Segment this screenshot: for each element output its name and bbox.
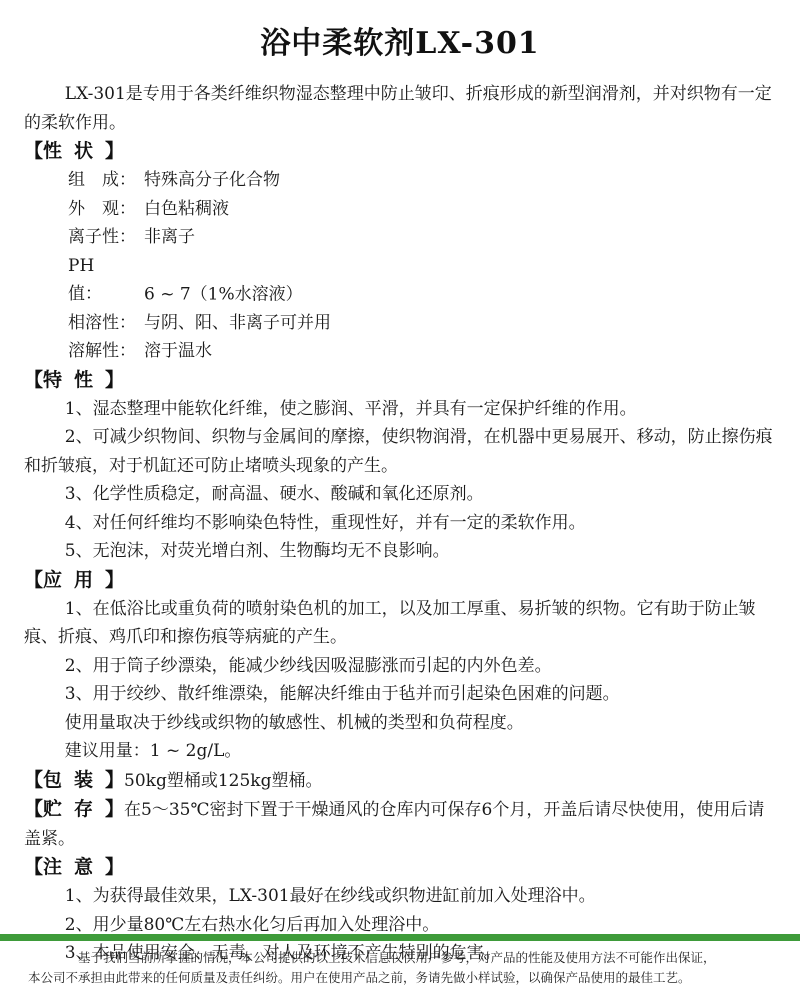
storage-section: 【贮存】在5～35℃密封下置于干燥通风的仓库内可保存6个月，开盖后请尽快使用，使… bbox=[24, 795, 774, 853]
document-body: LX-301是专用于各类纤维织物湿态整理中防止皱印、折痕形成的新型润滑剂，并对织… bbox=[24, 80, 774, 968]
section-heading-application: 【应用】 bbox=[24, 566, 774, 595]
recommended-dosage: 建议用量：1 ~ 2g/L。 bbox=[24, 737, 774, 766]
application-item: 2、用于筒子纱漂染，能减少纱线因吸湿膨涨而引起的内外色差。 bbox=[24, 652, 774, 681]
storage-text: 在5～35℃密封下置于干燥通风的仓库内可保存6个月，开盖后请尽快使用，使用后请盖… bbox=[24, 800, 764, 849]
disclaimer-line-2: 本公司不承担由此带来的任何质量及责任纠纷。用户在使用产品之前，务请先做小样试验，… bbox=[28, 968, 778, 988]
section-heading-storage: 【贮存】 bbox=[24, 798, 124, 820]
property-row: 组 成：特殊高分子化合物 bbox=[24, 166, 774, 195]
feature-item: 5、无泡沫，对荧光增白剂、生物酶均无不良影响。 bbox=[24, 537, 774, 566]
feature-item: 3、化学性质稳定，耐高温、硬水、酸碱和氧化还原剂。 bbox=[24, 480, 774, 509]
property-row: PH 值：6 ~ 7（1%水溶液） bbox=[24, 252, 774, 309]
note-item: 1、为获得最佳效果，LX-301最好在纱线或织物进缸前加入处理浴中。 bbox=[24, 882, 774, 911]
feature-item: 1、湿态整理中能软化纤维，使之膨润、平滑，并具有一定保护纤维的作用。 bbox=[24, 395, 774, 424]
property-row: 离子性：非离子 bbox=[24, 223, 774, 252]
document-title: 浴中柔软剂LX-301 bbox=[0, 18, 800, 62]
application-item: 1、在低浴比或重负荷的喷射染色机的加工，以及加工厚重、易折皱的织物。它有助于防止… bbox=[24, 595, 774, 652]
feature-item: 2、可减少织物间、织物与金属间的摩擦，使织物润滑，在机器中更易展开、移动，防止擦… bbox=[24, 423, 774, 480]
application-item: 3、用于绞纱、散纤维漂染，能解决纤维由于毡并而引起染色困难的问题。 bbox=[24, 680, 774, 709]
intro-paragraph: LX-301是专用于各类纤维织物湿态整理中防止皱印、折痕形成的新型润滑剂，并对织… bbox=[24, 80, 774, 137]
footer-divider-bar bbox=[0, 934, 800, 941]
property-row: 外 观：白色粘稠液 bbox=[24, 195, 774, 224]
section-heading-properties: 【性状】 bbox=[24, 137, 774, 166]
property-row: 相溶性：与阴、阳、非离子可并用 bbox=[24, 309, 774, 338]
packaging-text: 50kg塑桶或125kg塑桶。 bbox=[124, 771, 322, 791]
application-note: 使用量取决于纱线或织物的敏感性、机械的类型和负荷程度。 bbox=[24, 709, 774, 738]
disclaimer-line-1: 基于我们当前所掌握的情况，本公司提供的以上技术信息仅供用户参考，对产品的性能及使… bbox=[28, 948, 778, 968]
disclaimer-footer: 基于我们当前所掌握的情况，本公司提供的以上技术信息仅供用户参考，对产品的性能及使… bbox=[28, 948, 778, 988]
packaging-section: 【包装】50kg塑桶或125kg塑桶。 bbox=[24, 766, 774, 796]
property-row: 溶解性：溶于温水 bbox=[24, 337, 774, 366]
section-heading-features: 【特性】 bbox=[24, 366, 774, 395]
feature-item: 4、对任何纤维均不影响染色特性，重现性好，并有一定的柔软作用。 bbox=[24, 509, 774, 538]
section-heading-notes: 【注意】 bbox=[24, 853, 774, 882]
section-heading-packaging: 【包装】 bbox=[24, 769, 124, 791]
